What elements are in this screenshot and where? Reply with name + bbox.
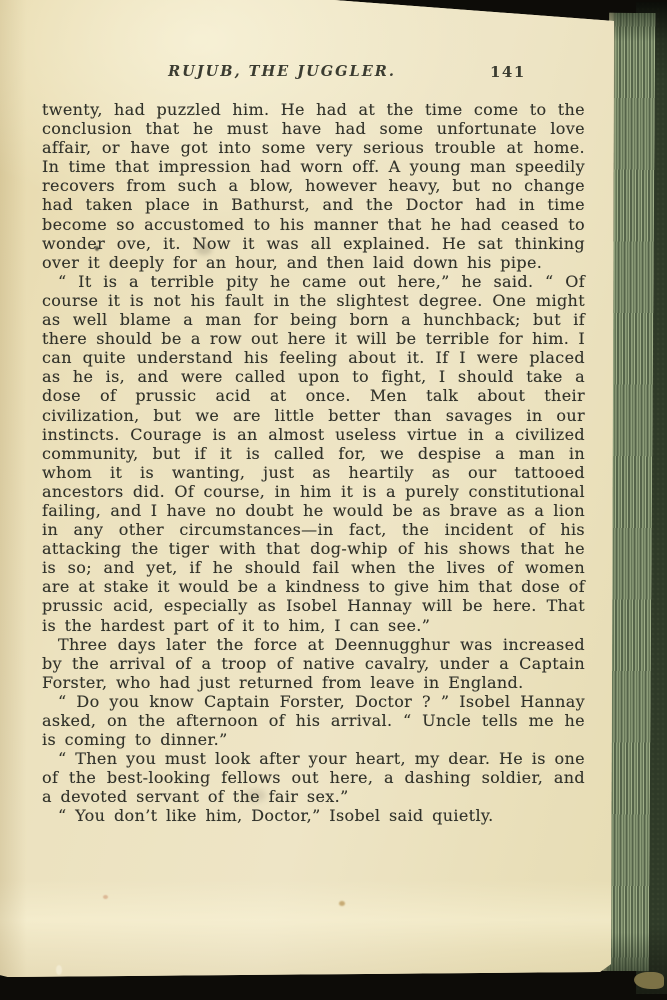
paper-flaw [339,901,345,906]
cover-corner-detail [634,972,664,989]
running-header: RUJUB, THE JUGGLER. 141 [42,63,585,87]
paragraph: Three days later the force at Deennugghu… [42,635,585,692]
paragraph: “ Then you must look after your heart, m… [42,749,585,806]
book-photo: RUJUB, THE JUGGLER. 141 twenty, had puzz… [0,0,667,1000]
paragraph: “ Do you know Captain Forster, Doctor ? … [42,692,585,749]
paragraph: “ It is a terrible pity he came out here… [42,272,585,635]
paper-flaw [103,895,108,899]
paper-smudge [196,244,212,255]
paragraph: “ You don’t like him, Doctor,” Isobel sa… [42,806,585,825]
text-block: twenty, had puzzled him. He had at the t… [42,100,585,826]
header-title: RUJUB, THE JUGGLER. [42,63,522,80]
ink-speck [95,246,99,251]
paper-smudge [246,789,266,802]
book-page: RUJUB, THE JUGGLER. 141 twenty, had puzz… [0,0,667,1000]
paper-flaw [56,965,62,975]
page-number: 141 [490,63,526,81]
paragraph: twenty, had puzzled him. He had at the t… [42,100,585,272]
